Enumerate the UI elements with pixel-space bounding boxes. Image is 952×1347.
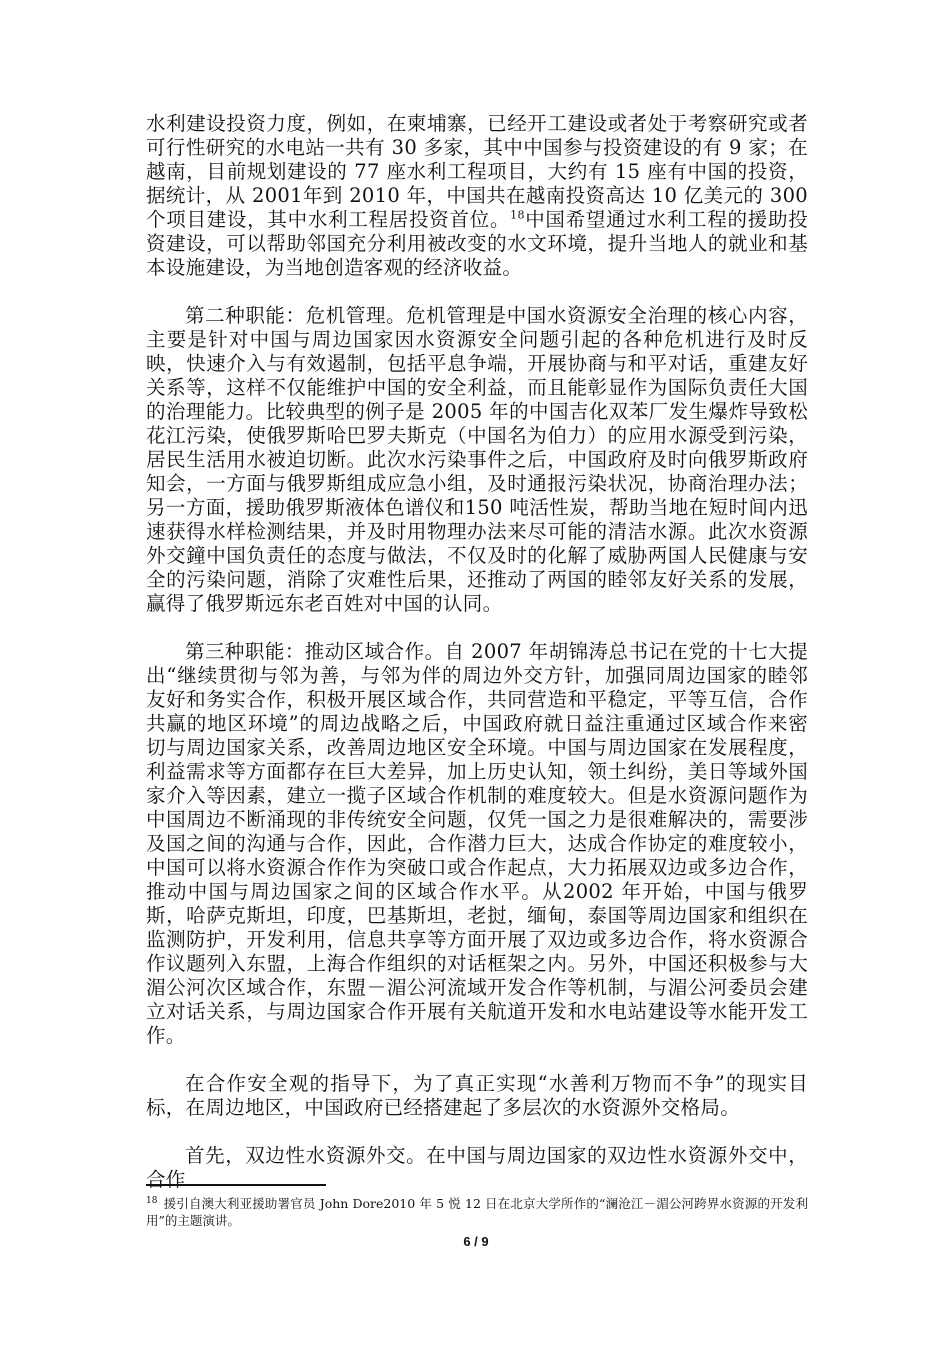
paragraph-crisis-management: 第二种职能：危机管理。危机管理是中国水资源安全治理的核心内容，主要是针对中国与周… xyxy=(146,304,808,616)
document-body: 水利建设投资力度，例如，在柬埔寨，已经开工建设或者处于考察研究或者可行性研究的水… xyxy=(146,112,808,1192)
footnote-separator xyxy=(146,1184,326,1186)
footnote-reference[interactable]: 18 xyxy=(510,209,525,222)
page-number: 6 / 9 xyxy=(0,1234,952,1249)
paragraph-1: 水利建设投资力度，例如，在柬埔寨，已经开工建设或者处于考察研究或者可行性研究的水… xyxy=(146,112,808,280)
footnote: 18援引自澳大利亚援助署官员 John Dore2010 年 5 悦 12 日在… xyxy=(146,1193,808,1229)
paragraph-cooperative-security: 在合作安全观的指导下，为了真正实现“水善利万物而不争”的现实目标，在周边地区，中… xyxy=(146,1072,808,1120)
footnote-text: 援引自澳大利亚援助署官员 John Dore2010 年 5 悦 12 日在北京… xyxy=(146,1196,808,1228)
footnote-number: 18 xyxy=(146,1196,157,1206)
paragraph-regional-cooperation: 第三种职能：推动区域合作。自 2007 年胡锦涛总书记在党的十七大提出“继续贯彻… xyxy=(146,640,808,1048)
